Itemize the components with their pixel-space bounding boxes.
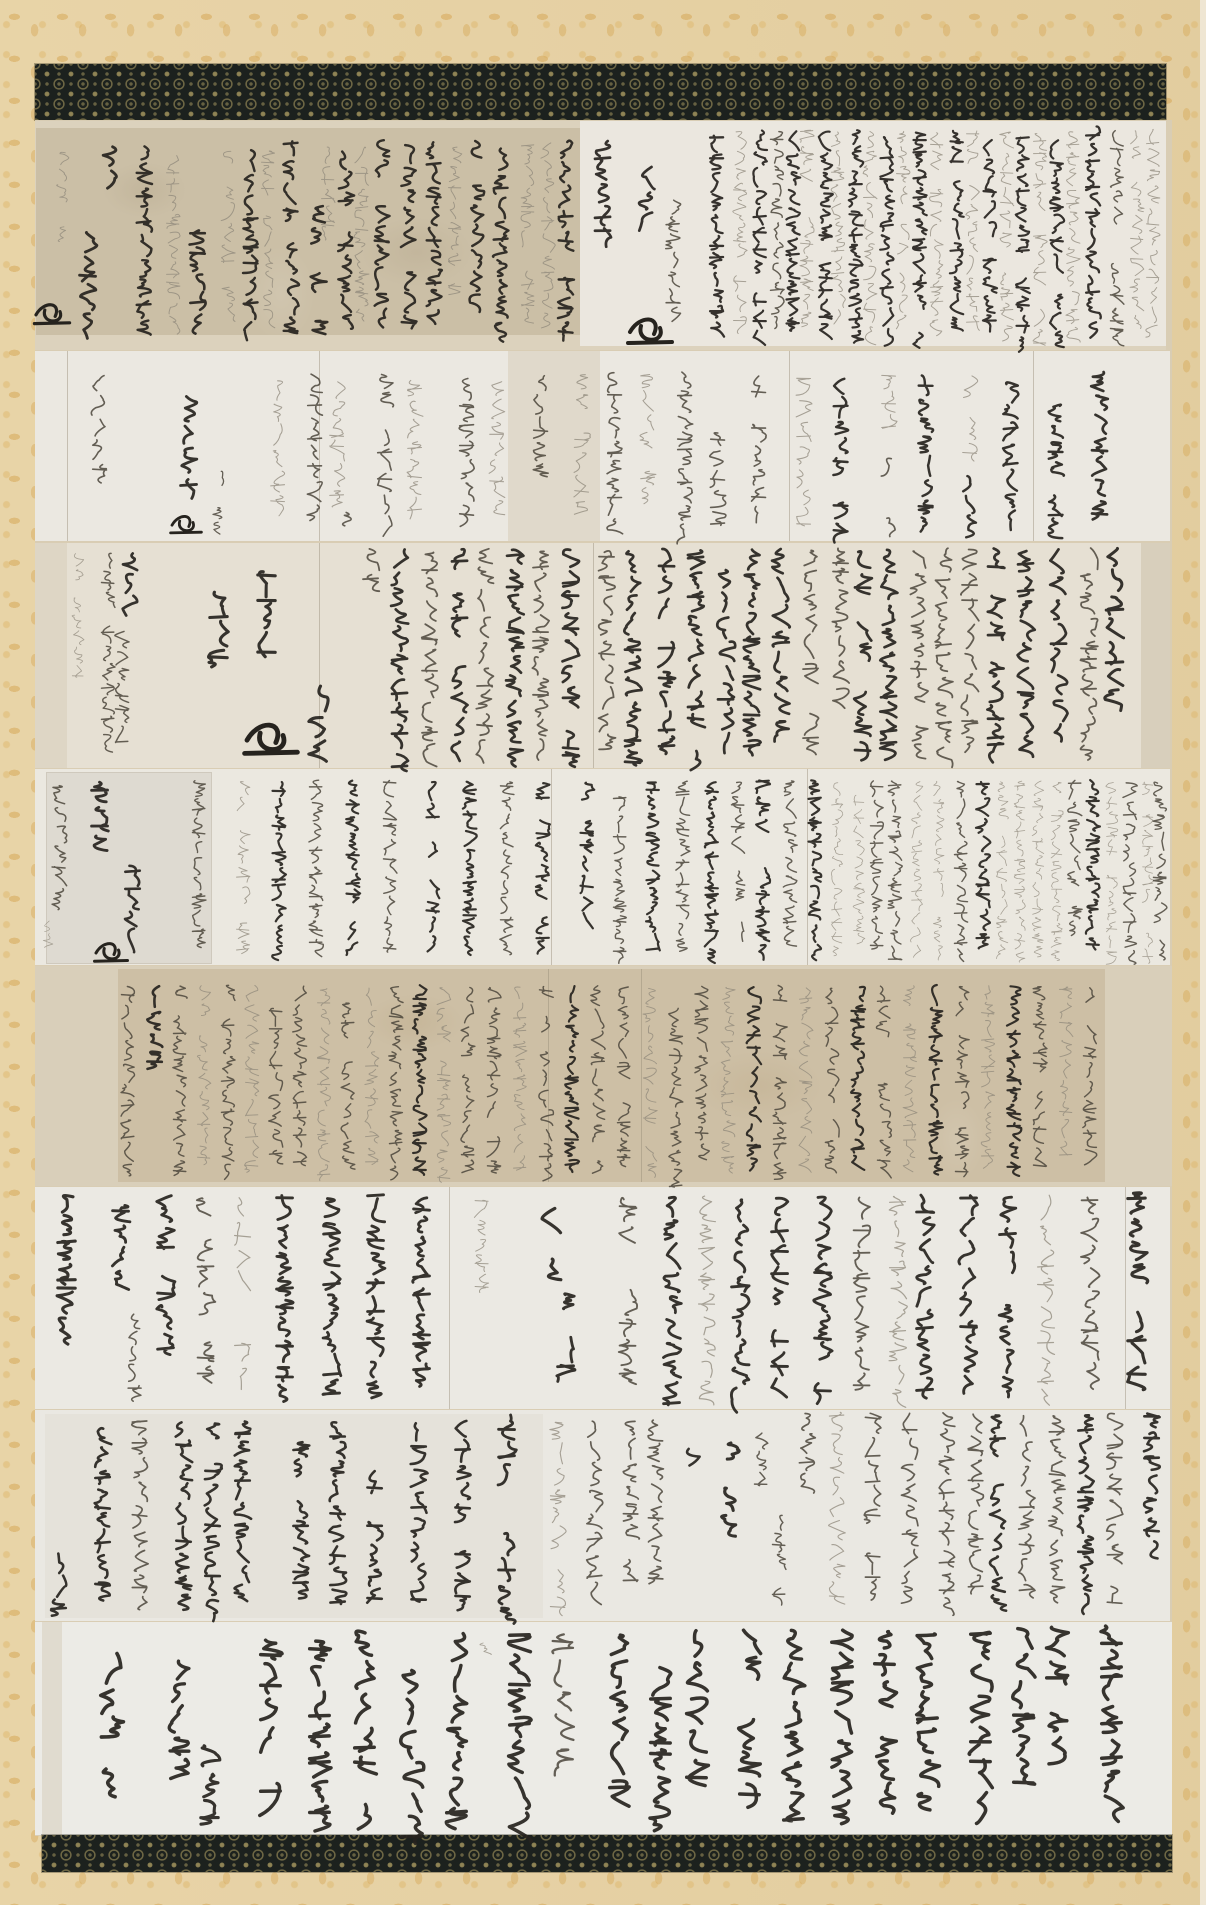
row-8	[35, 1622, 1172, 1835]
bottom-brocade-band	[42, 1835, 1172, 1872]
letter-5a	[118, 969, 1105, 1182]
row-3-right-margin	[1141, 543, 1170, 768]
paper-seam	[1033, 351, 1034, 541]
row-6	[35, 1187, 1170, 1409]
scroll-edge	[1200, 0, 1206, 1905]
letter-1b: 十月廿 · 清原 · 庄次□□殿	[580, 121, 1166, 346]
letter-1a-text: □月廿□	[36, 128, 37, 129]
row-2	[35, 351, 1170, 541]
row-3	[35, 543, 1170, 768]
paper-seam	[319, 351, 320, 541]
paper-seam	[641, 969, 642, 1182]
row-3-left-margin	[35, 543, 67, 768]
paper-seam	[67, 351, 68, 541]
paper-seam	[548, 969, 549, 1182]
letter-7a	[45, 1414, 543, 1618]
stained-paper-piece	[508, 351, 600, 541]
paper-seam	[807, 769, 808, 965]
row-8-left-margin	[42, 1622, 62, 1835]
paper-seam	[551, 769, 552, 965]
paper-seam	[1125, 1187, 1126, 1409]
paper-seam	[319, 543, 320, 768]
letter-4a	[46, 772, 212, 964]
paper-seam	[449, 1187, 450, 1409]
letter-1b-text: 十月廿 · 清原 · 庄次□□殿	[580, 121, 581, 122]
letter-1a: □月廿□	[36, 128, 580, 335]
top-brocade-band	[35, 64, 1166, 120]
paper-seam	[593, 543, 594, 768]
hanging-scroll: □月廿□ 十月廿 · 清原 · 庄次□□殿 庄□□□殿 · 十月□ 先頃 · 先…	[0, 0, 1206, 1905]
paper-seam	[789, 351, 790, 541]
